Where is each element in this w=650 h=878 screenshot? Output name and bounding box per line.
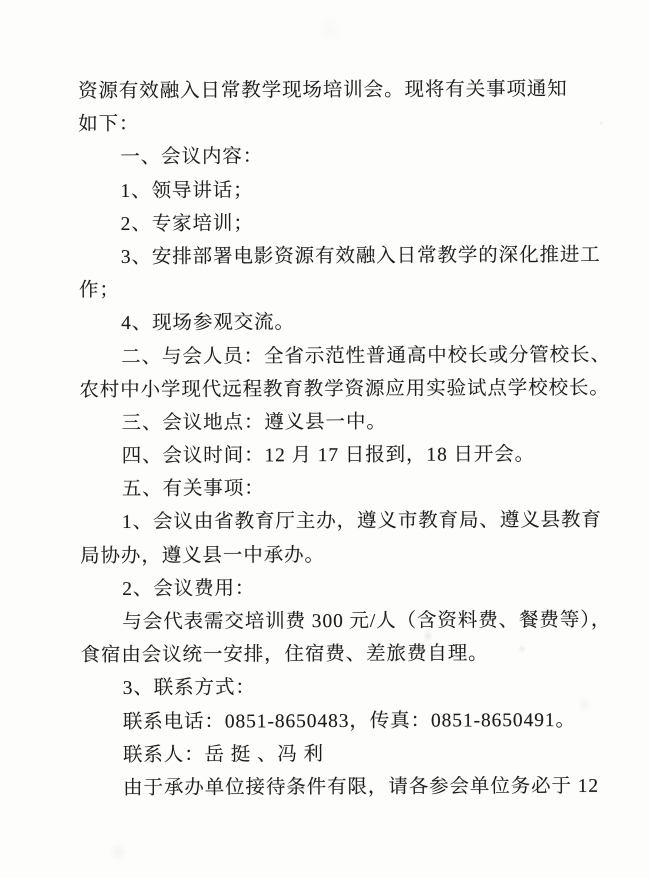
text-line: 与会代表需交培训费 300 元/人（含资料费、餐费等）， [80,604,600,639]
text-line: 作； [79,272,599,307]
text-line: 2、专家培训； [79,206,599,241]
text-line: 2、会议费用： [80,571,600,606]
text-line: 1、领导讲话； [78,172,598,207]
text-line: 由于承办单位接待条件有限，请各参会单位务必于 12 [81,770,601,805]
text-line: 农村中小学现代远程教育教学资源应用实验试点学校校长。 [79,372,599,407]
text-line: 资源有效融入日常教学现场培训会。现将有关事项通知 [78,73,598,108]
text-line: 3、安排部署电影资源有效融入日常教学的深化推进工 [79,239,599,274]
text-line: 联系人：岳 挺 、冯 利 [81,737,601,772]
text-line: 联系电话：0851-8650483，传真：0851-8650491。 [81,703,601,738]
text-line: 一、会议内容： [78,139,598,174]
text-line: 1、会议由省教育厅主办，遵义市教育局、遵义县教育 [80,504,600,539]
text-line: 局协办，遵义县一中承办。 [80,537,600,572]
text-line: 食宿由会议统一安排，住宿费、差旅费自理。 [80,637,600,672]
document-page: 资源有效融入日常教学现场培训会。现将有关事项通知 如下： 一、会议内容： 1、领… [0,0,650,878]
text-line: 五、有关事项： [80,471,600,506]
text-line: 三、会议地点：遵义县一中。 [79,405,599,440]
text-line: 3、联系方式： [81,670,601,705]
text-line: 二、与会人员：全省示范性普通高中校长或分管校长、 [79,338,599,373]
text-line: 四、会议时间：12 月 17 日报到，18 日开会。 [80,438,600,473]
text-line: 如下： [78,106,598,141]
text-line: 4、现场参观交流。 [79,305,599,340]
document-body: 资源有效融入日常教学现场培训会。现将有关事项通知 如下： 一、会议内容： 1、领… [78,73,601,805]
